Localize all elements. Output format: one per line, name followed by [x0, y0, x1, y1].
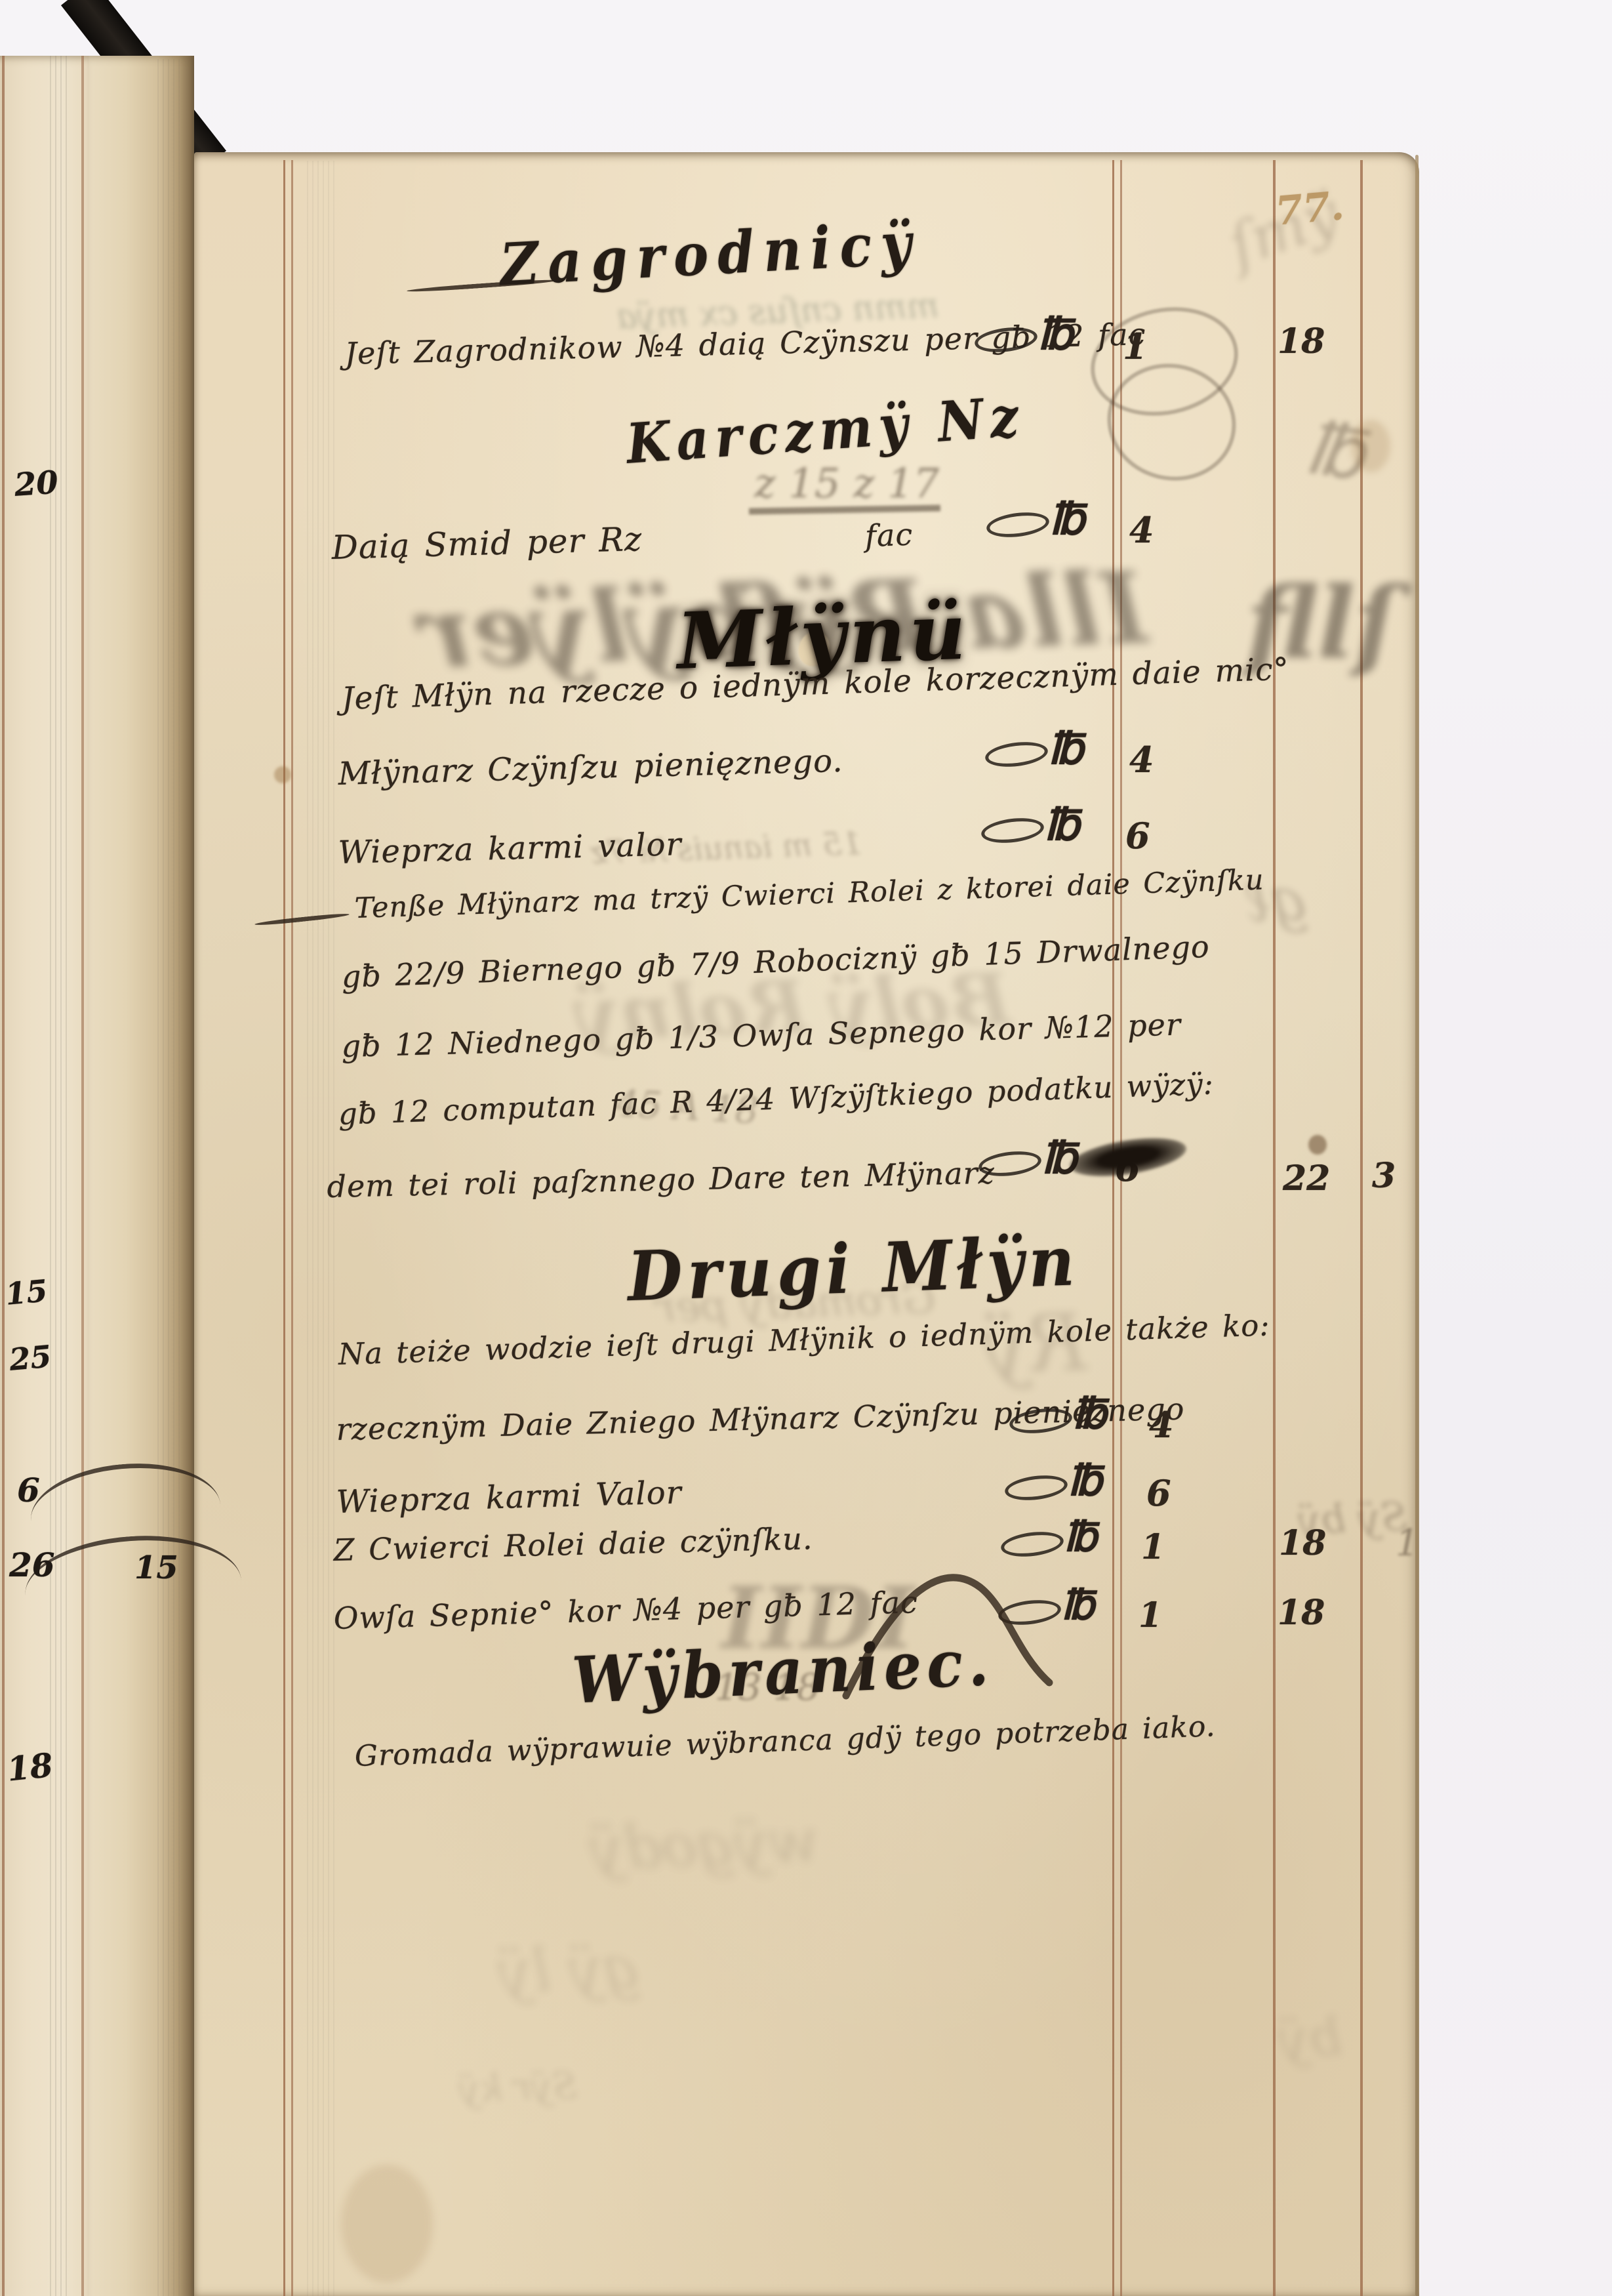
floren-symbol: ℔ — [1068, 1456, 1102, 1506]
grosze-value: 18 — [1279, 1523, 1326, 1563]
page-right-edge — [1415, 155, 1419, 2296]
previous-page-edge — [0, 56, 89, 2296]
floren-symbol: ℔ — [1038, 308, 1073, 359]
florins-column-rule — [1112, 160, 1122, 2296]
left-margin-rule — [283, 160, 293, 2296]
margin-rule — [81, 56, 84, 2296]
fox-spot — [1308, 1135, 1327, 1155]
floren-symbol: ℔ — [1072, 1389, 1106, 1439]
margin-number: 20 — [13, 464, 60, 504]
margin-number: 26 — [9, 1546, 55, 1584]
bleed-through-text: gÿ lÿ — [497, 1933, 641, 2006]
florins-value: 6 — [1146, 1472, 1171, 1514]
florins-value: 6 — [1125, 815, 1150, 857]
florins-value: 1 — [1138, 1595, 1162, 1635]
grosze-value: 18 — [1278, 321, 1325, 361]
florins-value: 4 — [1129, 739, 1154, 781]
floren-symbol: ℔ — [1044, 799, 1079, 850]
margin-number: 18 — [5, 1746, 54, 1789]
florins-value: 1 — [1123, 325, 1148, 367]
stain — [1351, 420, 1390, 472]
stain — [341, 2165, 433, 2283]
section-heading-drugi-mlyn: Drugi Młÿn — [626, 1221, 1081, 1317]
bleed-through-text: bÿ — [1278, 2006, 1343, 2069]
third-column-value: 3 — [1372, 1156, 1396, 1196]
bleed-through-text: wÿgodÿ — [589, 1807, 820, 1883]
bleed-through-text: Sÿr kÿ — [458, 2064, 578, 2111]
margin-number: 6 — [17, 1471, 40, 1509]
florins-value: 1 — [1141, 1527, 1165, 1567]
floren-symbol: ℔ — [1041, 1132, 1077, 1183]
margin-number: 15 — [4, 1273, 49, 1311]
paper-crease-band — [157, 59, 180, 2296]
record-line-suffix: fac — [864, 516, 914, 554]
margin-rule — [2, 56, 5, 2296]
floren-symbol: ℔ — [1049, 493, 1085, 544]
florins-value: 4 — [1129, 509, 1154, 551]
margin-number: 15 — [134, 1549, 178, 1586]
fox-spot — [274, 766, 291, 783]
grosze-column-rule — [1273, 160, 1276, 2296]
bleed-through-text: 1 — [1396, 1522, 1419, 1565]
floren-symbol: ℔ — [1048, 723, 1083, 774]
scanned-manuscript-page: ſmÿ mmn cnſus cx mÿa z 15 z 17 ℔ Illa Pÿ… — [0, 0, 1612, 2296]
paper-crease-band — [50, 56, 70, 2296]
bleed-through-text: z 15 z 17 — [754, 459, 939, 507]
margin-number: 25 — [8, 1338, 52, 1377]
grosze-value: 18 — [1278, 1593, 1325, 1633]
grosze-value: 22 — [1283, 1158, 1330, 1199]
florins-value: 4 — [1149, 1404, 1174, 1446]
folio-number: 77. — [1274, 183, 1346, 235]
paper-crease-band — [307, 161, 334, 2296]
